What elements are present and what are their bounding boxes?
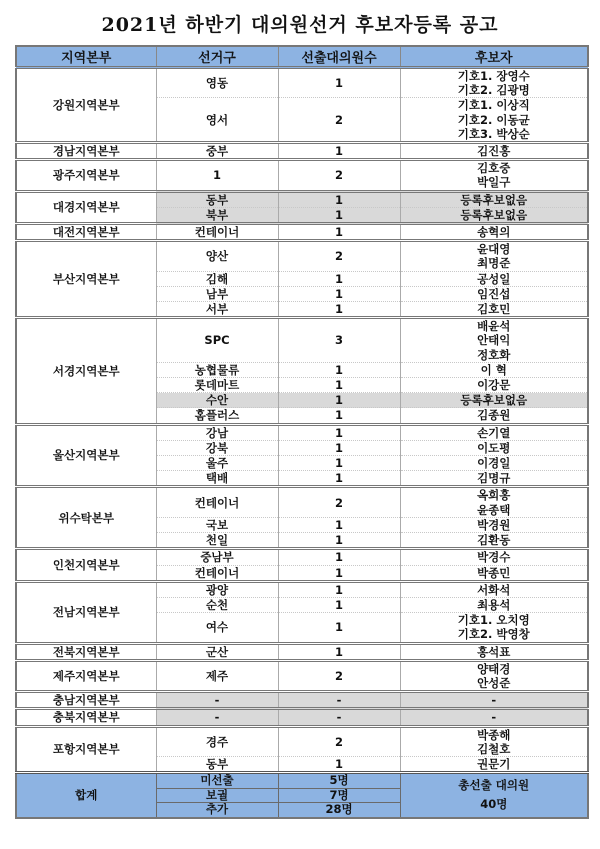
district-cell: 농협물류 xyxy=(156,362,278,377)
district-cell: 택배 xyxy=(156,471,278,487)
total-item-label: 보궐 xyxy=(156,788,278,803)
candidates-cell: 김진홍 xyxy=(400,143,588,160)
district-cell: 경주 xyxy=(156,726,278,756)
candidate-name: 기호2. 박영창 xyxy=(401,627,588,641)
candidate-name: 기호2. 이동균 xyxy=(401,113,588,127)
candidate-name: 기호1. 오치영 xyxy=(401,613,588,627)
candidate-name: 박종민 xyxy=(401,566,588,580)
district-cell: 순천 xyxy=(156,597,278,612)
candidates-cell: 이경일 xyxy=(400,456,588,471)
seats-cell: 1 xyxy=(278,271,400,286)
seats-cell: 1 xyxy=(278,456,400,471)
table-row: 광주지역본부12김호중박일구 xyxy=(16,160,588,191)
candidate-name: 김진홍 xyxy=(401,144,588,158)
seats-cell: 1 xyxy=(278,378,400,393)
seats-cell: 1 xyxy=(278,643,400,660)
candidate-name: 김호중 xyxy=(401,161,588,175)
candidate-name: 기호3. 박상순 xyxy=(401,127,588,141)
seats-cell: 2 xyxy=(278,241,400,271)
seats-cell: 1 xyxy=(278,581,400,597)
district-cell: 동부 xyxy=(156,756,278,772)
district-cell: 남부 xyxy=(156,286,278,301)
seats-cell: 1 xyxy=(278,471,400,487)
candidates-cell: 이강문 xyxy=(400,378,588,393)
table-row: 울산지역본부강남1손기열 xyxy=(16,424,588,440)
district-cell: 동부 xyxy=(156,191,278,207)
candidates-cell: 김명규 xyxy=(400,471,588,487)
district-cell: 강북 xyxy=(156,440,278,455)
table-header-row: 지역본부 선거구 선출대의원수 후보자 xyxy=(16,46,588,68)
region-cell: 포항지역본부 xyxy=(16,726,156,773)
seats-cell: 1 xyxy=(278,549,400,565)
region-cell: 인천지역본부 xyxy=(16,549,156,581)
candidate-name: 박경원 xyxy=(401,518,588,532)
table-row: 위수탁본부컨테이너2옥희홍윤종택 xyxy=(16,487,588,517)
candidates-cell: 양태경안성준 xyxy=(400,660,588,691)
seats-cell: 1 xyxy=(278,286,400,301)
header-region: 지역본부 xyxy=(16,46,156,68)
seats-cell: 1 xyxy=(278,408,400,424)
table-row: 대전지역본부컨테이너1송혁의 xyxy=(16,224,588,241)
district-cell: 강남 xyxy=(156,424,278,440)
seats-cell: 1 xyxy=(278,191,400,207)
table-row: 서경지역본부SPC3배윤석안태익정호화 xyxy=(16,318,588,363)
candidates-cell: 최용석 xyxy=(400,597,588,612)
candidates-cell: 송혁의 xyxy=(400,224,588,241)
candidate-name: 최용석 xyxy=(401,598,588,612)
header-district: 선거구 xyxy=(156,46,278,68)
seats-cell: 1 xyxy=(278,207,400,223)
district-cell: 영서 xyxy=(156,98,278,143)
seats-cell: 1 xyxy=(278,393,400,408)
region-cell: 경남지역본부 xyxy=(16,143,156,160)
candidate-name: 안태익 xyxy=(401,333,588,347)
seats-cell: 1 xyxy=(278,224,400,241)
district-cell: 양산 xyxy=(156,241,278,271)
candidate-name: 기호1. 장영수 xyxy=(401,69,588,83)
district-cell: 컨테이너 xyxy=(156,224,278,241)
candidates-cell: 박경수 xyxy=(400,549,588,565)
region-cell: 서경지역본부 xyxy=(16,318,156,424)
total-item-value: 5명 xyxy=(278,773,400,789)
candidates-cell: 서화석 xyxy=(400,581,588,597)
candidates-cell: 공성일 xyxy=(400,271,588,286)
candidate-name: - xyxy=(401,710,588,724)
seats-cell: 1 xyxy=(278,597,400,612)
district-cell: 군산 xyxy=(156,643,278,660)
candidate-name: 기호1. 이상직 xyxy=(401,98,588,112)
seats-cell: - xyxy=(278,692,400,709)
candidates-cell: 등록후보없음 xyxy=(400,393,588,408)
table-row: 부산지역본부양산2윤대영최명준 xyxy=(16,241,588,271)
district-cell: 북부 xyxy=(156,207,278,223)
region-cell: 전북지역본부 xyxy=(16,643,156,660)
candidate-table: 지역본부 선거구 선출대의원수 후보자 강원지역본부영동1기호1. 장영수기호2… xyxy=(15,45,589,819)
seats-cell: 1 xyxy=(278,517,400,532)
region-cell: 울산지역본부 xyxy=(16,424,156,487)
candidate-name: 박일구 xyxy=(401,175,588,189)
candidates-cell: 박종민 xyxy=(400,565,588,581)
seats-cell: 1 xyxy=(278,613,400,643)
seats-cell: 1 xyxy=(278,440,400,455)
candidate-name: 송혁의 xyxy=(401,225,588,239)
candidates-cell: 박종해김철호 xyxy=(400,726,588,756)
seats-cell: 1 xyxy=(278,302,400,318)
region-cell: 제주지역본부 xyxy=(16,660,156,691)
region-cell: 충남지역본부 xyxy=(16,692,156,709)
district-cell: 롯데마트 xyxy=(156,378,278,393)
candidate-name: 김철호 xyxy=(401,742,588,756)
seats-cell: - xyxy=(278,709,400,726)
district-cell: 천일 xyxy=(156,533,278,549)
table-row: 충남지역본부--- xyxy=(16,692,588,709)
candidate-name: 이경일 xyxy=(401,456,588,470)
candidate-name: 서화석 xyxy=(401,583,588,597)
seats-cell: 1 xyxy=(278,68,400,98)
candidates-cell: 배윤석안태익정호화 xyxy=(400,318,588,363)
candidates-cell: 임진섭 xyxy=(400,286,588,301)
seats-cell: 2 xyxy=(278,660,400,691)
district-cell: - xyxy=(156,709,278,726)
candidate-name: 김환동 xyxy=(401,533,588,547)
total-summary: 총선출 대의원 40명 xyxy=(400,773,588,818)
candidates-cell: 김호중박일구 xyxy=(400,160,588,191)
candidate-name: 최명준 xyxy=(401,256,588,270)
table-row: 경남지역본부중부1김진홍 xyxy=(16,143,588,160)
region-cell: 충북지역본부 xyxy=(16,709,156,726)
candidate-name: 정호화 xyxy=(401,348,588,362)
candidate-name: 공성일 xyxy=(401,272,588,286)
table-row: 충북지역본부--- xyxy=(16,709,588,726)
candidate-name: 홍석표 xyxy=(401,645,588,659)
candidate-name: 배윤석 xyxy=(401,319,588,333)
region-cell: 대경지역본부 xyxy=(16,191,156,223)
candidate-name: 손기열 xyxy=(401,426,588,440)
district-cell: 국보 xyxy=(156,517,278,532)
district-cell: 중부 xyxy=(156,143,278,160)
total-summary-label: 총선출 대의원 xyxy=(401,779,588,793)
district-cell: 광양 xyxy=(156,581,278,597)
seats-cell: 1 xyxy=(278,756,400,772)
candidates-cell: 권문기 xyxy=(400,756,588,772)
seats-cell: 1 xyxy=(278,424,400,440)
seats-cell: 2 xyxy=(278,160,400,191)
candidate-name: 기호2. 김광명 xyxy=(401,83,588,97)
candidates-cell: 홍석표 xyxy=(400,643,588,660)
district-cell: SPC xyxy=(156,318,278,363)
candidate-name: 등록후보없음 xyxy=(401,208,588,222)
table-row: 제주지역본부제주2양태경안성준 xyxy=(16,660,588,691)
district-cell: 김해 xyxy=(156,271,278,286)
candidates-cell: - xyxy=(400,692,588,709)
candidate-name: 양태경 xyxy=(401,662,588,676)
total-item-label: 미선출 xyxy=(156,773,278,789)
region-cell: 광주지역본부 xyxy=(16,160,156,191)
total-summary-value: 40명 xyxy=(401,798,588,812)
seats-cell: 3 xyxy=(278,318,400,363)
region-cell: 전남지역본부 xyxy=(16,581,156,643)
candidate-name: 김호민 xyxy=(401,302,588,316)
candidate-name: 김종원 xyxy=(401,408,588,422)
candidates-cell: 이 혁 xyxy=(400,362,588,377)
candidate-name: 임진섭 xyxy=(401,287,588,301)
table-row: 포항지역본부경주2박종해김철호 xyxy=(16,726,588,756)
table-row: 대경지역본부동부1등록후보없음 xyxy=(16,191,588,207)
region-cell: 위수탁본부 xyxy=(16,487,156,549)
candidates-cell: 기호1. 이상직기호2. 이동균기호3. 박상순 xyxy=(400,98,588,143)
district-cell: 서부 xyxy=(156,302,278,318)
candidate-name: 옥희홍 xyxy=(401,488,588,502)
candidates-cell: 기호1. 오치영기호2. 박영창 xyxy=(400,613,588,643)
total-item-value: 28명 xyxy=(278,803,400,818)
candidate-name: 박종해 xyxy=(401,728,588,742)
table-row: 인천지역본부중남부1박경수 xyxy=(16,549,588,565)
page-title: 2021년 하반기 대의원선거 후보자등록 공고 xyxy=(0,10,600,37)
region-cell: 강원지역본부 xyxy=(16,68,156,143)
candidate-name: 김명규 xyxy=(401,471,588,485)
candidates-cell: 기호1. 장영수기호2. 김광명 xyxy=(400,68,588,98)
candidates-cell: 손기열 xyxy=(400,424,588,440)
district-cell: 영동 xyxy=(156,68,278,98)
seats-cell: 2 xyxy=(278,726,400,756)
candidate-name: 이강문 xyxy=(401,378,588,392)
total-label: 합계 xyxy=(16,773,156,818)
header-seats: 선출대의원수 xyxy=(278,46,400,68)
district-cell: 수안 xyxy=(156,393,278,408)
candidates-cell: 등록후보없음 xyxy=(400,191,588,207)
candidate-name: 권문기 xyxy=(401,757,588,771)
district-cell: 1 xyxy=(156,160,278,191)
total-item-label: 추가 xyxy=(156,803,278,818)
candidates-cell: 김종원 xyxy=(400,408,588,424)
seats-cell: 2 xyxy=(278,98,400,143)
region-cell: 부산지역본부 xyxy=(16,241,156,318)
candidate-name: 등록후보없음 xyxy=(401,193,588,207)
table-row: 전북지역본부군산1홍석표 xyxy=(16,643,588,660)
header-candidates: 후보자 xyxy=(400,46,588,68)
candidates-cell: 김호민 xyxy=(400,302,588,318)
candidate-name: 등록후보없음 xyxy=(401,393,588,407)
district-cell: 여수 xyxy=(156,613,278,643)
district-cell: - xyxy=(156,692,278,709)
district-cell: 중남부 xyxy=(156,549,278,565)
table-body: 강원지역본부영동1기호1. 장영수기호2. 김광명영서2기호1. 이상직기호2.… xyxy=(16,68,588,773)
candidate-name: 윤종택 xyxy=(401,503,588,517)
district-cell: 컨테이너 xyxy=(156,487,278,517)
candidate-name: 이도평 xyxy=(401,441,588,455)
candidate-name: - xyxy=(401,693,588,707)
seats-cell: 2 xyxy=(278,487,400,517)
candidate-name: 박경수 xyxy=(401,550,588,564)
candidate-name: 이 혁 xyxy=(401,363,588,377)
seats-cell: 1 xyxy=(278,362,400,377)
district-cell: 제주 xyxy=(156,660,278,691)
candidates-cell: - xyxy=(400,709,588,726)
candidates-cell: 김환동 xyxy=(400,533,588,549)
district-cell: 울주 xyxy=(156,456,278,471)
region-cell: 대전지역본부 xyxy=(16,224,156,241)
table-row: 강원지역본부영동1기호1. 장영수기호2. 김광명 xyxy=(16,68,588,98)
total-item-value: 7명 xyxy=(278,788,400,803)
total-section: 합계 미선출 5명 총선출 대의원 40명 보궐 7명 추가 28명 xyxy=(16,773,588,818)
seats-cell: 1 xyxy=(278,565,400,581)
seats-cell: 1 xyxy=(278,143,400,160)
candidates-cell: 윤대영최명준 xyxy=(400,241,588,271)
candidates-cell: 등록후보없음 xyxy=(400,207,588,223)
candidates-cell: 옥희홍윤종택 xyxy=(400,487,588,517)
district-cell: 컨테이너 xyxy=(156,565,278,581)
candidates-cell: 이도평 xyxy=(400,440,588,455)
candidate-name: 윤대영 xyxy=(401,242,588,256)
table-row: 전남지역본부광양1서화석 xyxy=(16,581,588,597)
candidates-cell: 박경원 xyxy=(400,517,588,532)
district-cell: 홈플러스 xyxy=(156,408,278,424)
candidate-name: 안성준 xyxy=(401,676,588,690)
total-row: 합계 미선출 5명 총선출 대의원 40명 xyxy=(16,773,588,789)
seats-cell: 1 xyxy=(278,533,400,549)
